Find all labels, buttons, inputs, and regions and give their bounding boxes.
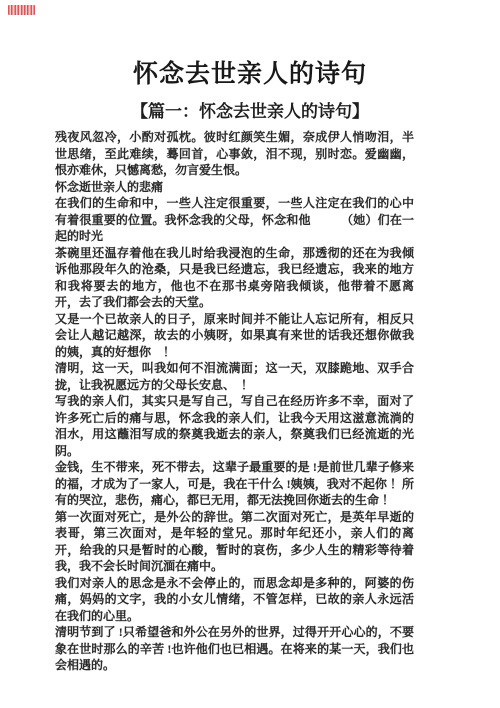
paragraph: 清明节到了 !只希望爸和外公在另外的世界，过得开开心心的，不要象在世时那么的辛苦… <box>55 624 414 674</box>
page-title: 怀念去世亲人的诗句 <box>0 54 500 90</box>
section-heading: 怀念逝世亲人的悲痛 <box>55 179 414 196</box>
paragraph: 残夜风忽冷，小酌对孤枕。彼时红颜笑生媚，奈成伊人悄吻泪，半世思绪，至此难续，蓦回… <box>55 129 414 179</box>
document-body: 残夜风忽冷，小酌对孤枕。彼时红颜笑生媚，奈成伊人悄吻泪，半世思绪，至此难续，蓦回… <box>55 129 414 674</box>
section-title: 【篇一：怀念去世亲人的诗句】 <box>0 97 500 122</box>
paragraph: 第一次面对死亡，是外公的辞世。第二次面对死亡，是英年早逝的表哥，第三次面对，是年… <box>55 509 414 575</box>
paragraph: 清明，这一天，叫我如何不泪流满面；这一天，双膝跪地、双手合拢，让我祝愿远方的父母… <box>55 360 414 393</box>
paragraph: 我们对亲人的思念是永不会停止的，而思念却是多种的，阿婆的伤痛，妈妈的文字，我的小… <box>55 575 414 625</box>
document-page: 怀念去世亲人的诗句 【篇一：怀念去世亲人的诗句】 残夜风忽冷，小酌对孤枕。彼时红… <box>0 0 500 708</box>
paragraph: 又是一个已故亲人的日子，原来时间并不能让人忘记所有，相反只会让人越记越深，故去的… <box>55 311 414 361</box>
paragraph: 金钱，生不带来，死不带去，这辈子最重要的是 !是前世几辈子修来的福，才成为了一家… <box>55 459 414 509</box>
paragraph: 写我的亲人们，其实只是写自己，写自己在经历许多不幸，面对了许多死亡后的痛与思，怀… <box>55 393 414 459</box>
paragraph: 在我们的生命和中，一些人注定很重要，一些人注定在我们的心中有着很重要的位置。我怀… <box>55 195 414 245</box>
red-stamp-icon <box>8 5 35 15</box>
paragraph: 茶碗里还温存着他在我儿时给我浸泡的生命，那透彻的还在为我倾诉他那段年久的沧桑，只… <box>55 245 414 311</box>
